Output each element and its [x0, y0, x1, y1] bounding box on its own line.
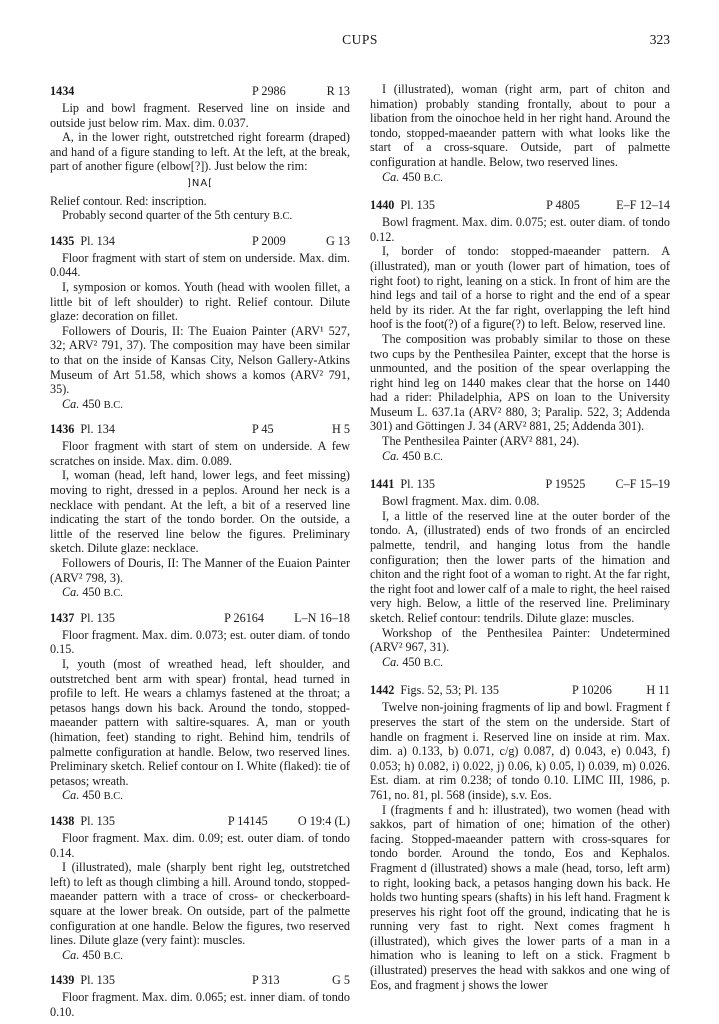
catalog-entry-1438: 1438 Pl. 135 P 14145 O 19:4 (L) Floor fr… — [50, 814, 350, 964]
description-paragraph: I, symposion or komos. Youth (head with … — [50, 280, 350, 324]
description-paragraph: Lip and bowl fragment. Reserved line on … — [50, 101, 350, 130]
description-paragraph: Twelve non-joining fragments of lip and … — [370, 700, 670, 802]
date-line: Ca. 450 B.C. — [50, 397, 350, 414]
entry-header: 1435 Pl. 134 P 2009 G 13 — [50, 234, 350, 249]
date-line: Ca. 450 B.C. — [50, 788, 350, 805]
description-paragraph: Floor fragment. Max. dim. 0.09; est. out… — [50, 831, 350, 860]
description-paragraph: I, a little of the reserved line at the … — [370, 509, 670, 626]
plate-reference: Pl. 135 — [80, 611, 224, 626]
description-paragraph: Bowl fragment. Max. dim. 0.08. — [370, 494, 670, 509]
catalog-entry-1439-continued: I (illustrated), woman (right arm, part … — [370, 82, 670, 186]
plate-reference: Pl. 134 — [80, 422, 252, 437]
date-line: Ca. 450 B.C. — [50, 948, 350, 965]
inventory-number: P 2009 — [252, 234, 322, 249]
description-paragraph: Floor fragment with start of stem on und… — [50, 439, 350, 468]
grid-reference: C–F 15–19 — [615, 477, 670, 492]
catalog-entry-1436: 1436 Pl. 134 P 45 H 5 Floor fragment wit… — [50, 422, 350, 602]
plate-reference: Pl. 135 — [400, 198, 546, 213]
description-paragraph: I, woman (head, left hand, lower legs, a… — [50, 468, 350, 556]
catalog-entry-1442: 1442 Figs. 52, 53; Pl. 135 P 10206 H 11 … — [370, 683, 670, 992]
catalog-entry-1434: 1434 P 2986 R 13 Lip and bowl fragment. … — [50, 84, 350, 225]
running-title: CUPS — [50, 33, 670, 48]
attribution-paragraph: Followers of Douris, II: The Euaion Pain… — [50, 324, 350, 397]
plate-reference: Pl. 134 — [80, 234, 252, 249]
catalog-number: 1439 — [50, 973, 74, 988]
inventory-number: P 19525 — [545, 477, 615, 492]
page-number: 323 — [650, 33, 670, 48]
inscription: ]NA[ — [50, 177, 350, 192]
inventory-number: P 26164 — [224, 611, 294, 626]
catalog-number: 1442 — [370, 683, 394, 698]
description-paragraph: Floor fragment with start of stem on und… — [50, 251, 350, 280]
description-paragraph: A, in the lower right, outstretched righ… — [50, 130, 350, 174]
description-paragraph: Floor fragment. Max. dim. 0.065; est. in… — [50, 990, 350, 1019]
description-paragraph: Floor fragment. Max. dim. 0.073; est. ou… — [50, 628, 350, 657]
entry-header: 1437 Pl. 135 P 26164 L–N 16–18 — [50, 611, 350, 626]
attribution-paragraph: Workshop of the Penthesilea Painter: Und… — [370, 626, 670, 655]
attribution-paragraph: Followers of Douris, II: The Manner of t… — [50, 556, 350, 585]
catalog-number: 1440 — [370, 198, 394, 213]
entry-header: 1442 Figs. 52, 53; Pl. 135 P 10206 H 11 — [370, 683, 670, 698]
plate-reference: Figs. 52, 53; Pl. 135 — [400, 683, 572, 698]
grid-reference: G 13 — [322, 234, 350, 249]
catalog-entry-1435: 1435 Pl. 134 P 2009 G 13 Floor fragment … — [50, 234, 350, 414]
inventory-number: P 313 — [252, 973, 322, 988]
entry-header: 1434 P 2986 R 13 — [50, 84, 350, 99]
right-column: I (illustrated), woman (right arm, part … — [370, 82, 670, 1001]
plate-reference: Pl. 135 — [80, 973, 252, 988]
grid-reference: H 11 — [642, 683, 670, 698]
description-paragraph: I (illustrated), woman (right arm, part … — [370, 82, 670, 170]
catalog-entry-1437: 1437 Pl. 135 P 26164 L–N 16–18 Floor fra… — [50, 611, 350, 805]
catalog-number: 1438 — [50, 814, 74, 829]
grid-reference: H 5 — [322, 422, 350, 437]
plate-reference: Pl. 135 — [80, 814, 228, 829]
left-column: 1434 P 2986 R 13 Lip and bowl fragment. … — [50, 84, 350, 1024]
grid-reference: G 5 — [322, 973, 350, 988]
inventory-number: P 14145 — [228, 814, 298, 829]
grid-reference: O 19:4 (L) — [298, 814, 350, 829]
date-line: Ca. 450 B.C. — [370, 170, 670, 187]
catalog-number: 1435 — [50, 234, 74, 249]
grid-reference: E–F 12–14 — [616, 198, 670, 213]
description-paragraph: I (fragments f and h: illustrated), two … — [370, 803, 670, 993]
entry-header: 1441 Pl. 135 P 19525 C–F 15–19 — [370, 477, 670, 492]
entry-header: 1440 Pl. 135 P 4805 E–F 12–14 — [370, 198, 670, 213]
catalog-number: 1437 — [50, 611, 74, 626]
catalog-entry-1441: 1441 Pl. 135 P 19525 C–F 15–19 Bowl frag… — [370, 477, 670, 671]
inventory-number: P 45 — [252, 422, 322, 437]
entry-header: 1439 Pl. 135 P 313 G 5 — [50, 973, 350, 988]
entry-header: 1438 Pl. 135 P 14145 O 19:4 (L) — [50, 814, 350, 829]
catalog-number: 1441 — [370, 477, 394, 492]
inventory-number: P 10206 — [572, 683, 642, 698]
grid-reference: R 13 — [322, 84, 350, 99]
dating: Probably second quarter of the 5th centu… — [50, 208, 350, 225]
grid-reference: L–N 16–18 — [294, 611, 350, 626]
catalog-number: 1434 — [50, 84, 74, 99]
date-line: Ca. 450 B.C. — [50, 585, 350, 602]
catalog-entry-1440: 1440 Pl. 135 P 4805 E–F 12–14 Bowl fragm… — [370, 198, 670, 465]
date-line: Ca. 450 B.C. — [370, 449, 670, 466]
description-paragraph: I, border of tondo: stopped-maeander pat… — [370, 244, 670, 332]
inventory-number: P 4805 — [546, 198, 616, 213]
catalog-number: 1436 — [50, 422, 74, 437]
description-paragraph: I, youth (most of wreathed head, left sh… — [50, 657, 350, 788]
comparison-paragraph: The composition was probably similar to … — [370, 332, 670, 434]
inventory-number: P 2986 — [252, 84, 322, 99]
date-line: Ca. 450 B.C. — [370, 655, 670, 672]
description-paragraph: I (illustrated), male (sharply bent righ… — [50, 860, 350, 948]
plate-reference: Pl. 135 — [400, 477, 545, 492]
attribution-paragraph: The Penthesilea Painter (ARV² 881, 24). — [370, 434, 670, 449]
technique-note: Relief contour. Red: inscription. — [50, 194, 350, 209]
description-paragraph: Bowl fragment. Max. dim. 0.075; est. out… — [370, 215, 670, 244]
entry-header: 1436 Pl. 134 P 45 H 5 — [50, 422, 350, 437]
running-head: CUPS 323 — [50, 33, 670, 51]
catalog-entry-1439: 1439 Pl. 135 P 313 G 5 Floor fragment. M… — [50, 973, 350, 1019]
